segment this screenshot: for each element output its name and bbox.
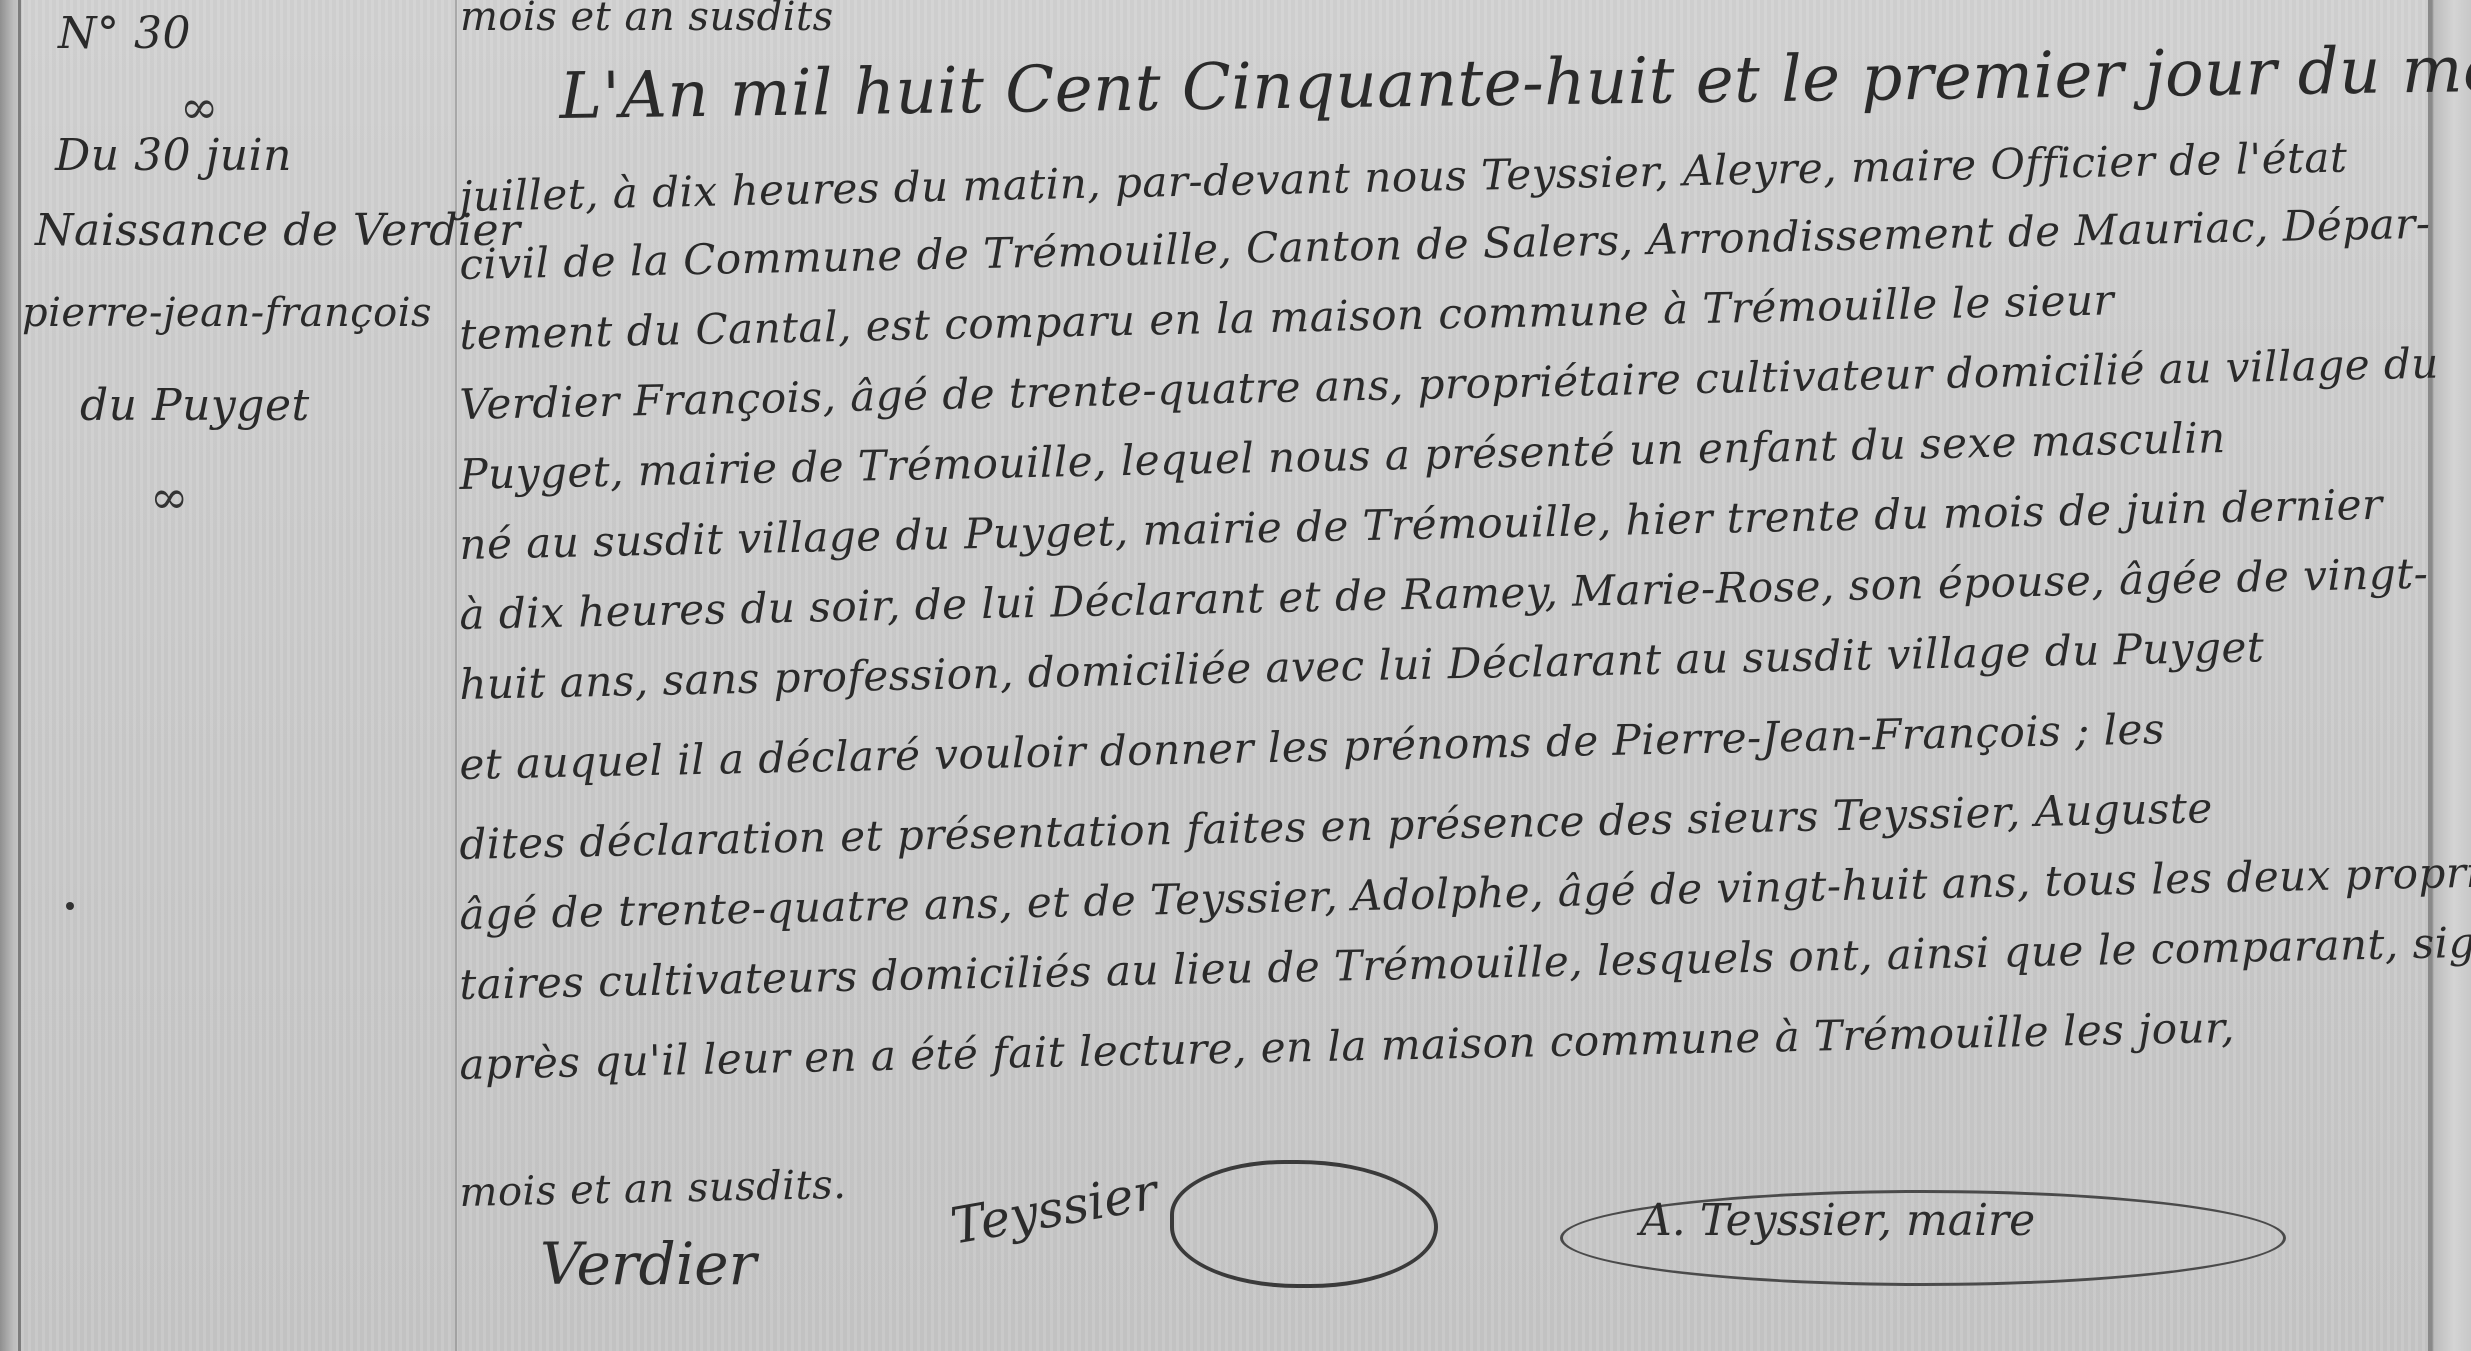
act-line: huit ans, sans profession, domiciliée av… (459, 622, 2265, 709)
margin-subject: Naissance de Verdier (35, 205, 521, 256)
act-opening-line: L'An mil huit Cent Cinquante-huit et le … (559, 31, 2471, 134)
flourish-icon: ∞ (150, 470, 188, 524)
signature-witness-1: Teyssier (947, 1162, 1162, 1255)
signature-mayor: A. Teyssier, maire (1640, 1195, 2035, 1246)
entry-number: N° 30 (58, 8, 191, 59)
act-line: tement du Cantal, est comparu en la mais… (459, 275, 2115, 359)
signature-witness-2-paraphe (1170, 1160, 1438, 1288)
act-line: et auquel il a déclaré vouloir donner le… (459, 704, 2165, 789)
act-line: après qu'il leur en a été fait lecture, … (459, 1003, 2235, 1089)
margin-date: Du 30 juin (55, 130, 292, 181)
register-page: N° 30 ∞ Du 30 juin Naissance de Verdier … (0, 0, 2471, 1351)
previous-entry-tail: mois et an susdits (460, 0, 834, 40)
signature-declarant: Verdier (540, 1230, 756, 1298)
margin-place: du Puyget (80, 380, 310, 431)
page-right-fold (2428, 0, 2471, 1351)
flourish-icon: ∞ (180, 80, 218, 134)
ink-dot (66, 902, 74, 910)
act-line: dites déclaration et présentation faites… (459, 783, 2213, 869)
act-line: mois et an susdits. (459, 1162, 847, 1216)
margin-ruled-line (455, 0, 457, 1351)
margin-child-name: pierre-jean-françois (22, 290, 432, 336)
act-line: Puyget, mairie de Trémouille, lequel nou… (459, 413, 2226, 499)
left-ruled-line (18, 0, 21, 1351)
